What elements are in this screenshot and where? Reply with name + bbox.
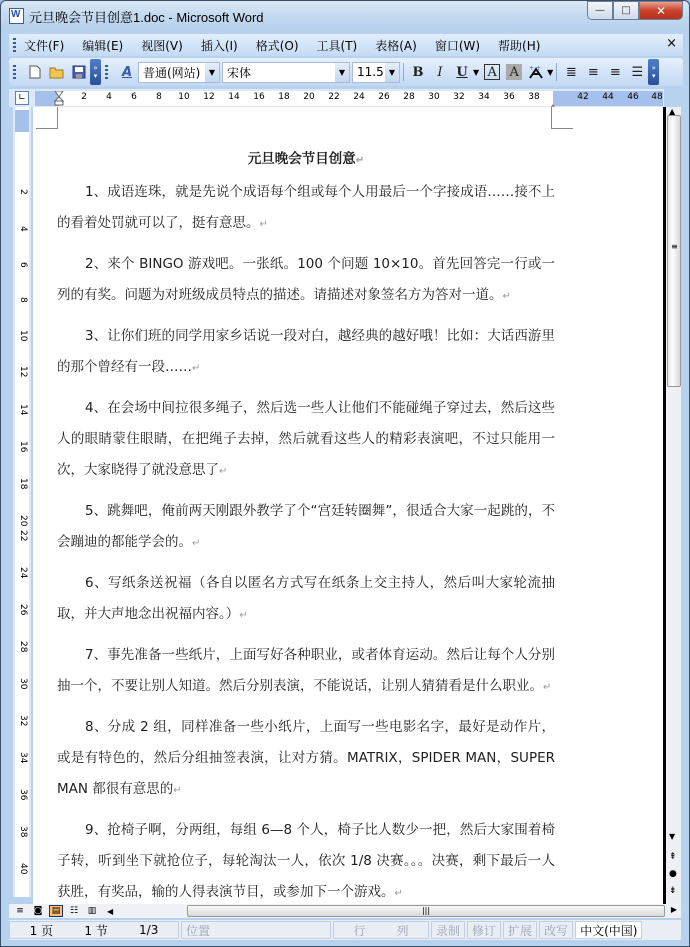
paragraph-text: 7、事先准备一些纸片，上面写好各种职业，或者体育运动。然后让每个人分别抽一个，不… bbox=[57, 647, 555, 694]
ruler-tick: 16 bbox=[253, 92, 264, 102]
ruler-tick: 34 bbox=[478, 92, 489, 102]
ruler-tick: 14 bbox=[18, 404, 28, 415]
ruler-tick: 18 bbox=[278, 92, 289, 102]
ruler-tick: 32 bbox=[453, 92, 464, 102]
vertical-ruler[interactable]: 2 4 6 8 10 12 14 16 18 20 22 24 26 28 30… bbox=[13, 107, 31, 897]
word-app-icon[interactable] bbox=[9, 8, 24, 24]
toolbar-options-button[interactable]: »▾ bbox=[90, 59, 101, 85]
scroll-right-arrow-icon[interactable]: ▶ bbox=[671, 905, 677, 914]
ruler-tick: 6 bbox=[18, 262, 28, 268]
ruler-tick: 42 bbox=[577, 92, 588, 102]
paragraph: 3、让你们班的同学用家乡话说一段对白，越经典的越好哦！比如：大话西游里的那个曾经… bbox=[57, 321, 555, 384]
ruler-tick: 24 bbox=[353, 92, 364, 102]
style-value: 普通(网站) bbox=[143, 64, 200, 81]
font-size-combo[interactable]: 11.5 ▼ bbox=[352, 62, 400, 83]
chevron-down-icon[interactable]: ▼ bbox=[473, 68, 479, 77]
horizontal-ruler[interactable]: 2 4 6 8 10 12 14 16 18 20 22 24 26 28 30… bbox=[35, 91, 663, 106]
ruler-tick: 2 bbox=[81, 92, 87, 102]
ruler-tick: 44 bbox=[602, 92, 613, 102]
minimize-button[interactable]: — bbox=[587, 1, 613, 20]
ruler-tick: 12 bbox=[18, 366, 28, 377]
character-border-button[interactable]: A bbox=[484, 64, 500, 80]
ruler-tick: 4 bbox=[18, 226, 28, 232]
ruler-tick: 10 bbox=[178, 92, 189, 102]
paragraph-text: 8、分成 2 组，同样准备一些小纸片，上面写一些电影名字，最好是动作片，或是有特… bbox=[57, 719, 555, 797]
window-title: 元旦晚会节目创意1.doc - Microsoft Word bbox=[29, 7, 264, 26]
ruler-tick: 28 bbox=[18, 641, 28, 652]
indent-marker[interactable] bbox=[54, 91, 64, 106]
document-page[interactable]: 元旦晚会节目创意↵ 1、成语连珠，就是先说个成语每个组或每个人用最后一个字接成语… bbox=[33, 107, 663, 904]
status-bar: 1 页 1 节 1/3 位置 行 列 录制 修订 扩展 改写 中文(中国) bbox=[9, 920, 681, 940]
paragraph-mark: ↵ bbox=[219, 466, 227, 477]
top-margin bbox=[15, 110, 29, 132]
font-combo[interactable]: 宋体 ▼ bbox=[222, 62, 350, 83]
align-justify-icon[interactable]: ≣ bbox=[560, 61, 582, 83]
styles-and-formatting-icon[interactable]: A bbox=[116, 61, 138, 83]
toolbar-grip[interactable] bbox=[105, 65, 108, 79]
chevron-down-icon[interactable]: ▼ bbox=[547, 68, 553, 77]
ruler-tick: 46 bbox=[627, 92, 638, 102]
overtype-indicator[interactable]: 改写 bbox=[539, 921, 573, 939]
ruler-tick: 28 bbox=[403, 92, 414, 102]
line-label: 行 bbox=[353, 922, 365, 939]
web-layout-view-icon[interactable]: ◙ bbox=[31, 905, 45, 917]
maximize-button[interactable]: □ bbox=[613, 1, 639, 20]
menu-window[interactable]: 窗口(W) bbox=[435, 37, 480, 54]
paragraph: 5、跳舞吧，俺前两天刚跟外教学了个“宫廷转圈舞”，很适合大家一起跳的，不会蹦迪的… bbox=[57, 496, 555, 559]
paragraph-text: 2、来个 BINGO 游戏吧。一张纸。100 个问题 10×10。首先回答完一行… bbox=[57, 256, 555, 303]
paragraph-text: 1、成语连珠，就是先说个成语每个组或每个人用最后一个字接成语……接不上的看着处罚… bbox=[57, 184, 555, 231]
menu-insert[interactable]: 插入(I) bbox=[201, 37, 238, 54]
paragraph-text: 9、抢椅子啊，分两组，每组 6—8 个人，椅子比人数少一把，然后大家围着椅子转，… bbox=[57, 822, 555, 900]
separator bbox=[556, 63, 557, 81]
menu-file[interactable]: 文件(F) bbox=[24, 37, 64, 54]
ruler-tick: 8 bbox=[18, 297, 28, 303]
separator bbox=[403, 63, 404, 81]
ruler-tick: 26 bbox=[378, 92, 389, 102]
next-page-icon[interactable]: ⇟ bbox=[669, 886, 677, 896]
toolbar-grip[interactable] bbox=[13, 38, 16, 52]
ruler-tick: 10 bbox=[18, 330, 28, 341]
phonetic-guide-button[interactable]: + + bbox=[525, 61, 547, 83]
horizontal-ruler-row: ∟ 2 4 6 8 10 12 14 16 18 20 22 24 26 28 … bbox=[9, 89, 664, 107]
save-icon[interactable] bbox=[68, 61, 90, 83]
vertical-scroll-thumb[interactable]: ≡ bbox=[667, 115, 681, 387]
ruler-tick: 34 bbox=[18, 752, 28, 763]
ruler-tick: 36 bbox=[503, 92, 514, 102]
paragraph-text: 6、写纸条送祝福（各自以匿名方式写在纸条上交主持人，然后叫大家轮流抽取，并大声地… bbox=[57, 575, 555, 622]
ruler-tick: 22 bbox=[328, 92, 339, 102]
ruler-tick: 26 bbox=[18, 604, 28, 615]
position-label: 位置 bbox=[186, 922, 210, 939]
ruler-tick: 30 bbox=[428, 92, 439, 102]
paragraph-mark: ↵ bbox=[192, 538, 200, 549]
ruler-tick: 4 bbox=[106, 92, 112, 102]
ruler-tick: 16 bbox=[18, 441, 28, 452]
font-value: 宋体 bbox=[227, 64, 251, 81]
margin-corner bbox=[551, 107, 573, 129]
track-changes-indicator[interactable]: 修订 bbox=[467, 921, 501, 939]
chevron-down-icon[interactable]: ▼ bbox=[385, 63, 399, 82]
underline-button[interactable]: U bbox=[451, 61, 473, 83]
menu-help[interactable]: 帮助(H) bbox=[498, 37, 540, 54]
language-indicator[interactable]: 中文(中国) bbox=[575, 921, 642, 939]
paragraph: 9、抢椅子啊，分两组，每组 6—8 个人，椅子比人数少一把，然后大家围着椅子转，… bbox=[57, 815, 555, 904]
ruler-tick: 20 bbox=[18, 515, 28, 526]
ruler-tick: 2 bbox=[18, 189, 28, 195]
align-center-icon[interactable]: ≡ bbox=[582, 61, 604, 83]
ruler-tick: 38 bbox=[528, 92, 539, 102]
horizontal-scrollbar[interactable]: ||| bbox=[187, 905, 665, 917]
title-text: 元旦晚会节目创意 bbox=[248, 151, 356, 167]
extend-selection-indicator[interactable]: 扩展 bbox=[503, 921, 537, 939]
print-layout-view-icon[interactable]: ▤ bbox=[49, 905, 63, 917]
menu-bar: 文件(F) 编辑(E) 视图(V) 插入(I) 格式(O) 工具(T) 表格(A… bbox=[9, 34, 683, 56]
paragraph: 8、分成 2 组，同样准备一些小纸片，上面写一些电影名字，最好是动作片，或是有特… bbox=[57, 712, 555, 806]
menu-table[interactable]: 表格(A) bbox=[375, 37, 417, 54]
align-right-icon[interactable]: ≡ bbox=[604, 61, 626, 83]
paragraph-mark: ↵ bbox=[239, 610, 247, 621]
new-document-icon[interactable] bbox=[24, 61, 46, 83]
ruler-tick: 22 bbox=[18, 530, 28, 541]
record-macro-indicator[interactable]: 录制 bbox=[431, 921, 465, 939]
view-and-hscroll-bar: ≡ ◙ ▤ ☷ ▥ ◀ ||| ▶ bbox=[9, 904, 681, 918]
style-combo[interactable]: 普通(网站) ▼ bbox=[138, 62, 220, 83]
paragraph-mark: ↵ bbox=[503, 291, 511, 302]
margin-corner bbox=[36, 107, 58, 129]
word-window: 元旦晚会节目创意1.doc - Microsoft Word — □ ✕ 文件(… bbox=[0, 0, 690, 947]
toolbar-options-button[interactable]: »▾ bbox=[648, 59, 659, 85]
paragraph: 7、事先准备一些纸片，上面写好各种职业，或者体育运动。然后让每个人分别抽一个，不… bbox=[57, 640, 555, 703]
menu-tools[interactable]: 工具(T) bbox=[317, 37, 358, 54]
tab-selector-button[interactable]: ∟ bbox=[15, 91, 29, 105]
scroll-left-arrow-icon[interactable]: ◀ bbox=[107, 907, 113, 916]
paragraph-mark: ↵ bbox=[192, 363, 200, 374]
menu-format[interactable]: 格式(O) bbox=[256, 37, 299, 54]
open-folder-icon[interactable] bbox=[46, 61, 68, 83]
close-button[interactable]: ✕ bbox=[639, 1, 683, 20]
title-bar[interactable]: 元旦晚会节目创意1.doc - Microsoft Word — □ ✕ bbox=[1, 1, 689, 31]
ruler-tick: 18 bbox=[18, 478, 28, 489]
bold-button[interactable]: B bbox=[407, 61, 429, 83]
outline-view-icon[interactable]: ☷ bbox=[67, 905, 81, 917]
paragraph: 4、在会场中间拉很多绳子，然后选一些人让他们不能碰绳子穿过去，然后这些人的眼睛蒙… bbox=[57, 393, 555, 487]
status-line-column: 行 列 bbox=[333, 921, 429, 939]
ruler-tick: 12 bbox=[203, 92, 214, 102]
ruler-tick: 38 bbox=[18, 826, 28, 837]
ruler-tick: 8 bbox=[156, 92, 162, 102]
select-browse-object-icon[interactable]: ● bbox=[669, 869, 677, 879]
character-shading-button[interactable]: A bbox=[506, 64, 522, 80]
ruler-tick: 36 bbox=[18, 789, 28, 800]
reading-layout-view-icon[interactable]: ▥ bbox=[85, 905, 99, 917]
status-page-count: 1/3 bbox=[139, 923, 158, 937]
document-title: 元旦晚会节目创意↵ bbox=[57, 147, 555, 167]
ruler-tick: 24 bbox=[18, 567, 28, 578]
ruler-tick: 6 bbox=[131, 92, 137, 102]
distributed-align-icon[interactable]: ☰ bbox=[626, 61, 648, 83]
paragraph-mark: ↵ bbox=[173, 785, 181, 796]
close-document-button[interactable]: × bbox=[666, 36, 677, 51]
paragraph-text: 3、让你们班的同学用家乡话说一段对白，越经典的越好哦！比如：大话西游里的那个曾经… bbox=[57, 328, 555, 375]
chevron-down-icon[interactable]: ▼ bbox=[335, 63, 349, 82]
paragraph-mark: ↵ bbox=[260, 219, 268, 230]
chevron-down-icon[interactable]: ▼ bbox=[205, 63, 219, 82]
paragraph-text: 5、跳舞吧，俺前两天刚跟外教学了个“宫廷转圈舞”，很适合大家一起跳的，不会蹦迪的… bbox=[57, 503, 555, 550]
status-position: 位置 bbox=[181, 921, 331, 939]
ruler-tick: 30 bbox=[18, 678, 28, 689]
ruler-tick: 32 bbox=[18, 715, 28, 726]
ruler-tick: 40 bbox=[18, 863, 28, 874]
paragraph-mark: ↵ bbox=[395, 888, 403, 899]
ruler-tick: 14 bbox=[228, 92, 239, 102]
formatting-toolbar: »▾ A 普通(网站) ▼ 宋体 ▼ 11.5 ▼ B I U ▼ A A + … bbox=[9, 58, 683, 86]
italic-button[interactable]: I bbox=[429, 61, 451, 83]
paragraph-mark: ↵ bbox=[356, 155, 364, 166]
scroll-down-arrow-icon[interactable]: ▼ bbox=[669, 832, 675, 841]
page-info: 1 页 1 节 1/3 bbox=[9, 921, 179, 939]
toolbar-grip[interactable] bbox=[13, 65, 16, 79]
paragraph-mark: ↵ bbox=[543, 682, 551, 693]
paragraph: 6、写纸条送祝福（各自以匿名方式写在纸条上交主持人，然后叫大家轮流抽取，并大声地… bbox=[57, 568, 555, 631]
status-section: 1 节 bbox=[84, 922, 107, 939]
menu-edit[interactable]: 编辑(E) bbox=[82, 37, 123, 54]
menu-view[interactable]: 视图(V) bbox=[141, 37, 183, 54]
normal-view-icon[interactable]: ≡ bbox=[13, 905, 27, 917]
ruler-tick: 20 bbox=[303, 92, 314, 102]
document-body[interactable]: 元旦晚会节目创意↵ 1、成语连珠，就是先说个成语每个组或每个人用最后一个字接成语… bbox=[57, 147, 555, 904]
column-label: 列 bbox=[396, 922, 408, 939]
paragraph: 1、成语连珠，就是先说个成语每个组或每个人用最后一个字接成语……接不上的看着处罚… bbox=[57, 177, 555, 240]
ruler-tick: 48 bbox=[651, 92, 662, 102]
svg-text:+ +: + + bbox=[529, 65, 541, 72]
status-page: 1 页 bbox=[30, 922, 53, 939]
previous-page-icon[interactable]: ⇞ bbox=[669, 852, 677, 862]
font-size-value: 11.5 bbox=[357, 65, 384, 79]
vertical-scrollbar[interactable]: ▲ ≡ ▼ ⇞ ● ⇟ bbox=[663, 107, 681, 904]
paragraph: 2、来个 BINGO 游戏吧。一张纸。100 个问题 10×10。首先回答完一行… bbox=[57, 249, 555, 312]
paragraph-text: 4、在会场中间拉很多绳子，然后选一些人让他们不能碰绳子穿过去，然后这些人的眼睛蒙… bbox=[57, 400, 555, 478]
